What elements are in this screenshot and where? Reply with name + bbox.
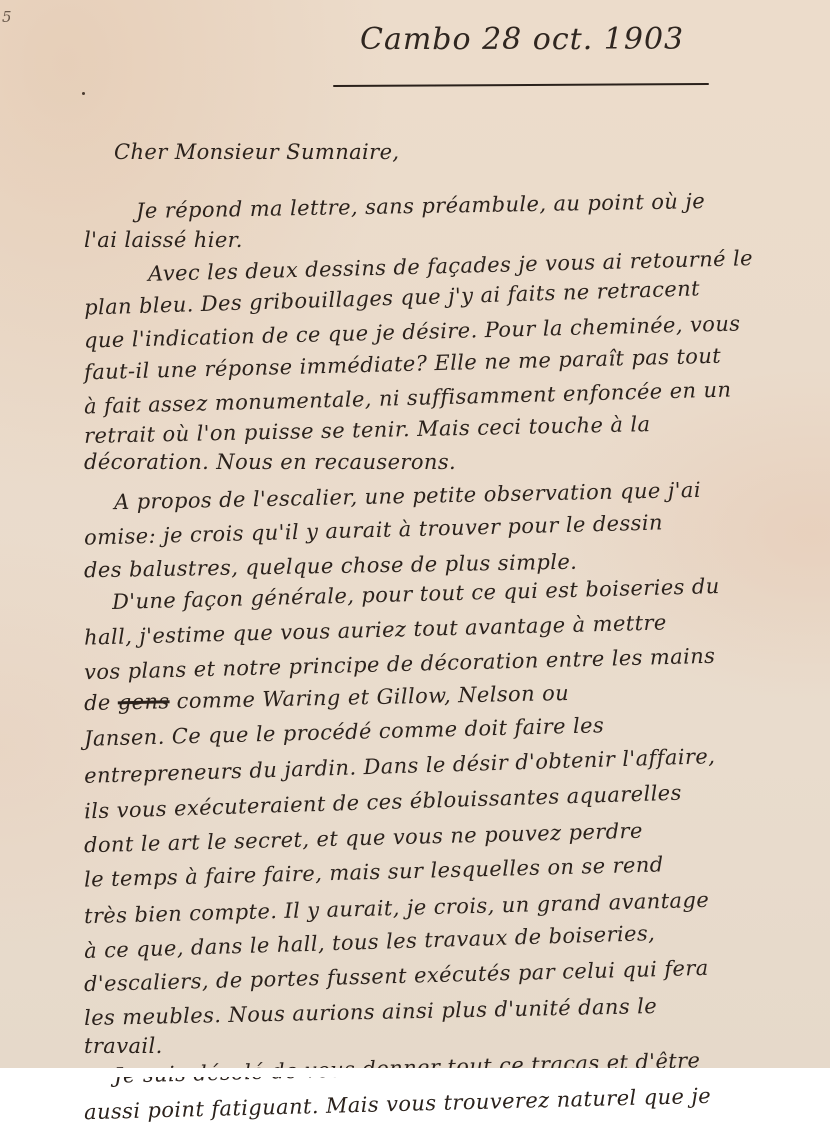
letter-line: à ce que, dans le hall, tous les travaux…: [84, 921, 656, 963]
letter-line: dont le art le secret, et que vous ne po…: [84, 819, 643, 858]
letter-line: le temps à faire faire, mais sur lesquel…: [84, 852, 664, 891]
letter-line: l'ai laissé hier.: [84, 228, 243, 252]
letter-line: d'escaliers, de portes fussent exécutés …: [84, 956, 709, 996]
letter-line: retrait où l'on puisse se tenir. Mais ce…: [84, 412, 651, 448]
letter-line: ils vous exécuteraient de ces éblouissan…: [84, 781, 682, 824]
letter-line: hall, j'estime que vous auriez tout avan…: [84, 610, 667, 649]
letter-line: travail.: [84, 1034, 163, 1058]
letter-line: des balustres, quelque chose de plus sim…: [84, 550, 578, 583]
letter-dateline: Cambo 28 oct. 1903: [360, 22, 684, 57]
letter-line: vos plans et notre principe de décoratio…: [84, 644, 716, 685]
letter-line: Jansen. Ce que le procédé comme doit fai…: [84, 713, 605, 751]
letter-page: 5 Cambo 28 oct. 1903 Cher Monsieur Sumna…: [0, 0, 830, 1068]
letter-line: entrepreneurs du jardin. Dans le désir d…: [84, 744, 716, 788]
scan-margin: [0, 1068, 830, 1077]
letter-line: de gens comme Waring et Gillow, Nelson o…: [84, 681, 569, 715]
letter-line: décoration. Nous en recauserons.: [84, 450, 456, 474]
ink-speck: [82, 92, 85, 95]
letter-line: les meubles. Nous aurions ainsi plus d'u…: [84, 994, 657, 1030]
letter-line: omise: je crois qu'il y aurait à trouver…: [84, 510, 663, 549]
letter-line: A propos de l'escalier, une petite obser…: [114, 478, 701, 514]
letter-line: Je répond ma lettre, sans préambule, au …: [136, 189, 705, 223]
folio-number: 5: [2, 8, 12, 26]
salutation: Cher Monsieur Sumnaire,: [114, 140, 400, 164]
dateline-underline: [333, 83, 709, 87]
struck-word: gens: [118, 689, 170, 714]
